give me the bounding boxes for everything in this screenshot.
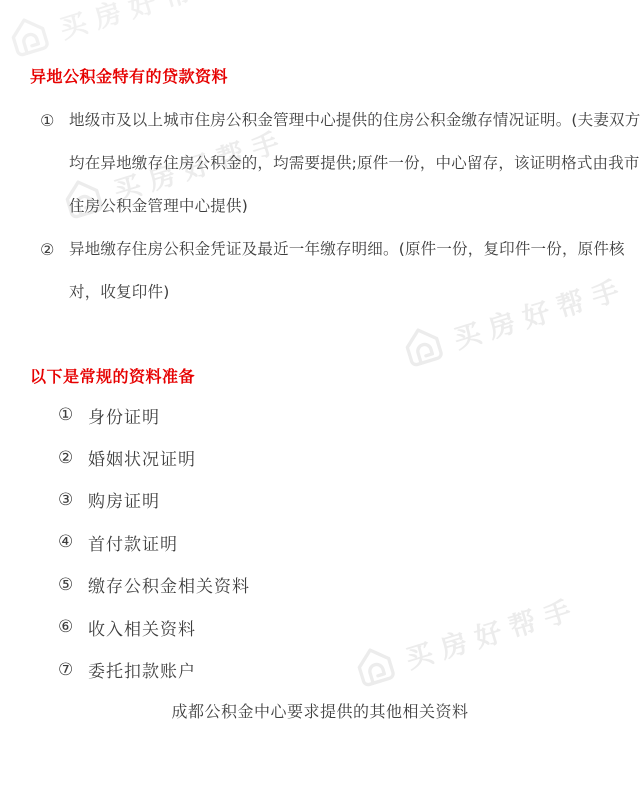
list-item: ⑦ 委托扣款账户 [58, 648, 250, 690]
watermark: 买房好帮手 [346, 583, 584, 696]
house-icon [346, 638, 403, 695]
section2-list: ① 身份证明 ② 婚姻状况证明 ③ 购房证明 ④ 首付款证明 ⑤ 缴存公积金相关… [58, 394, 250, 691]
item-number-marker: ⑤ [58, 575, 88, 595]
item-label: 首付款证明 [88, 530, 178, 555]
list-item: ① 地级市及以上城市住房公积金管理中心提供的住房公积金缴存情况证明。(夫妻双方 … [30, 99, 615, 228]
watermark-text: 买房好帮手 [54, 0, 238, 46]
item-text: 地级市及以上城市住房公积金管理中心提供的住房公积金缴存情况证明。(夫妻双方 均在… [69, 99, 615, 228]
item-label: 购房证明 [88, 487, 160, 512]
item-label: 收入相关资料 [88, 615, 196, 640]
item-number-marker: ③ [58, 490, 88, 510]
watermark: 买房好帮手 [0, 0, 238, 65]
item-text-line: 异地缴存住房公积金凭证及最近一年缴存明细。(原件一份，复印件一份，原件核 [69, 228, 615, 271]
item-number-marker: ④ [58, 532, 88, 552]
list-item: ④ 首付款证明 [58, 521, 250, 563]
list-item: ⑥ 收入相关资料 [58, 606, 250, 648]
list-item: ③ 购房证明 [58, 479, 250, 521]
list-item: ⑤ 缴存公积金相关资料 [58, 564, 250, 606]
item-label: 婚姻状况证明 [88, 445, 196, 470]
document-page: 买房好帮手 买房好帮手 买房好帮手 买房好帮手 异地公积金特有的贷款资料 ① 地… [0, 0, 640, 785]
watermark-text: 买房好帮手 [400, 586, 584, 676]
item-number-marker: ② [58, 448, 88, 468]
item-number-marker: ① [30, 99, 69, 142]
list-item: ② 异地缴存住房公积金凭证及最近一年缴存明细。(原件一份，复印件一份，原件核 对… [30, 228, 615, 314]
item-number-marker: ⑥ [58, 617, 88, 637]
item-label: 缴存公积金相关资料 [88, 572, 250, 597]
house-icon [0, 8, 57, 65]
house-icon [394, 318, 451, 375]
item-text-line: 地级市及以上城市住房公积金管理中心提供的住房公积金缴存情况证明。(夫妻双方 [69, 99, 615, 142]
item-label: 身份证明 [88, 403, 160, 428]
item-text-line: 住房公积金管理中心提供) [69, 185, 615, 228]
list-item: ① 身份证明 [58, 394, 250, 436]
footer-note: 成都公积金中心要求提供的其他相关资料 [0, 699, 640, 722]
section2-heading: 以下是常规的资料准备 [30, 364, 195, 387]
section1-list: ① 地级市及以上城市住房公积金管理中心提供的住房公积金缴存情况证明。(夫妻双方 … [30, 99, 615, 314]
item-label: 委托扣款账户 [88, 657, 196, 682]
item-number-marker: ⑦ [58, 660, 88, 680]
section1-heading: 异地公积金特有的贷款资料 [30, 64, 228, 87]
list-item: ② 婚姻状况证明 [58, 436, 250, 478]
item-number-marker: ② [30, 228, 69, 271]
item-text-line: 对，收复印件) [69, 271, 615, 314]
item-text-line: 均在异地缴存住房公积金的，均需要提供;原件一份，中心留存，该证明格式由我市 [69, 142, 615, 185]
item-number-marker: ① [58, 405, 88, 425]
item-text: 异地缴存住房公积金凭证及最近一年缴存明细。(原件一份，复印件一份，原件核 对，收… [69, 228, 615, 314]
